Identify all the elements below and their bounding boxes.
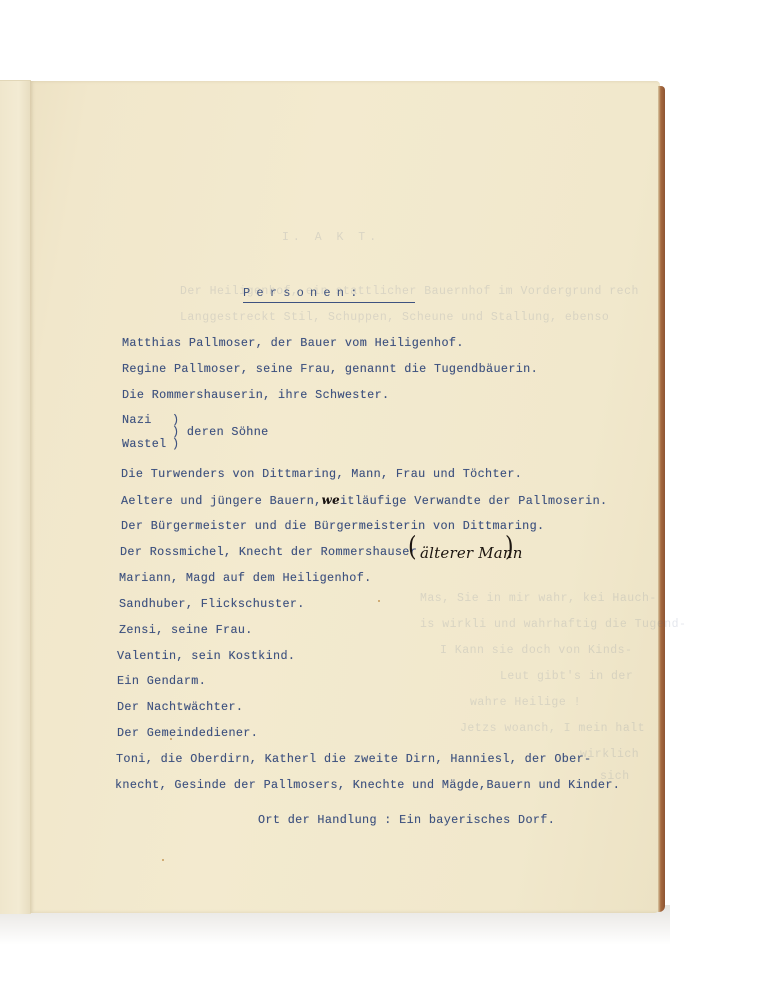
cast-line: Aeltere und jüngere Bauern,weitläufige V… <box>121 493 607 508</box>
page-fore-edge <box>658 86 665 912</box>
bleed-through-line: Leut gibt's in der <box>500 670 633 683</box>
cast-line: Der Rossmichel, Knecht der Rommershauser <box>120 545 417 559</box>
bleed-through-line: is wirkli und wahrhaftig die Tugend- <box>420 618 686 631</box>
cast-name-nazi: Nazi <box>122 413 152 427</box>
cast-line: Valentin, sein Kostkind. <box>117 649 295 663</box>
paper-speck <box>378 600 380 602</box>
facing-page-strip <box>0 80 31 914</box>
brace-label: ) deren Söhne <box>172 425 269 439</box>
setting-line: Ort der Handlung : Ein bayerisches Dorf. <box>258 813 555 827</box>
brace-bottom: ) <box>172 437 179 451</box>
cast-line: Die Turwenders von Dittmaring, Mann, Fra… <box>121 467 522 481</box>
cast-line-after: itläufige Verwandte der Pallmoserin. <box>340 494 607 508</box>
cast-line: Der Bürgermeister und die Bürgermeisteri… <box>121 519 544 533</box>
cast-line: Sandhuber, Flickschuster. <box>119 597 305 611</box>
paper-speck <box>162 859 164 861</box>
cast-line: Die Rommershauserin, ihre Schwester. <box>122 388 389 402</box>
annotation-open-paren: ( <box>408 532 417 563</box>
bleed-through-line: Mas, Sie in mir wahr, kei Hauch- <box>420 592 657 605</box>
cast-line: Zensi, seine Frau. <box>119 623 253 637</box>
cast-line: Matthias Pallmoser, der Bauer vom Heilig… <box>122 336 464 350</box>
page-heading: Personen: <box>243 286 364 300</box>
ink-correction: we <box>322 493 340 507</box>
bleed-through-line: Jetzs woanch, I mein halt <box>460 722 645 735</box>
cast-line: Regine Pallmoser, seine Frau, genannt di… <box>122 362 538 376</box>
cast-line: Toni, die Oberdirn, Katherl die zweite D… <box>116 752 591 766</box>
cast-line: Der Nachtwächter. <box>117 700 243 714</box>
cast-line: Ein Gendarm. <box>117 674 206 688</box>
bleed-through-line: wahre Heilige ! <box>470 696 581 709</box>
paper-speck <box>170 738 172 740</box>
annotation-close-paren: ) <box>505 532 514 563</box>
cast-line: Mariann, Magd auf dem Heiligenhof. <box>119 571 372 585</box>
bleed-through-title: I. A K T. <box>282 231 380 244</box>
cast-line: Der Gemeindediener. <box>117 726 258 740</box>
cast-line-before: Aeltere und jüngere Bauern, <box>121 494 322 508</box>
bleed-through-line: Langgestreckt Stil, Schuppen, Scheune un… <box>180 311 609 324</box>
heading-underline <box>243 302 415 303</box>
bleed-through-line: I Kann sie doch von Kinds- <box>440 644 632 657</box>
cast-name-wastel: Wastel <box>122 437 167 451</box>
cast-line: knecht, Gesinde der Pallmosers, Knechte … <box>115 778 620 792</box>
